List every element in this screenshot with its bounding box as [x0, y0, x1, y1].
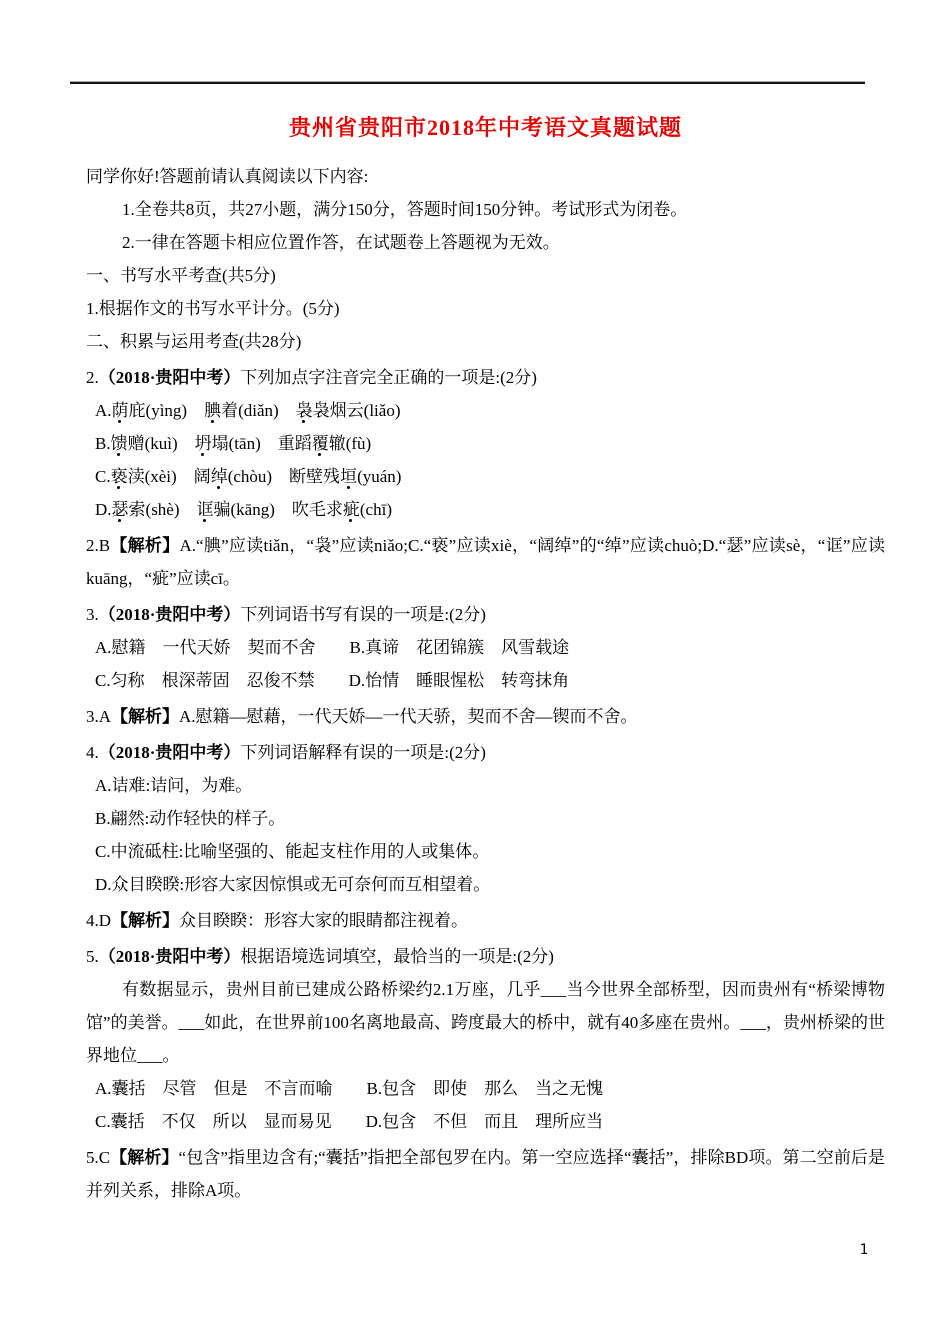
exam-source-tag: （2018·贵阳中考） — [99, 743, 241, 762]
emphasized-char: 袅 — [296, 401, 313, 420]
analysis-label: 【解析】 — [110, 1148, 178, 1167]
exam-source-tag: （2018·贵阳中考） — [99, 368, 241, 387]
answer-key: 3.A — [86, 707, 111, 726]
question-5-header: 5.（2018·贵阳中考）根据语境选词填空，最恰当的一项是:(2分) — [86, 940, 885, 973]
question-4-option-a: A.诘难:诘问，为难。 — [86, 769, 885, 802]
emphasized-char: 坍 — [195, 434, 212, 453]
analysis-label: 【解析】 — [111, 707, 179, 726]
answer-key: 2.B — [86, 536, 110, 555]
question-prompt: 根据语境选词填空，最恰当的一项是:(2分) — [240, 947, 554, 966]
question-4-option-b: B.翩然:动作轻快的样子。 — [86, 802, 885, 835]
answer-key: 4.D — [86, 911, 111, 930]
question-5-options-row-2: C.囊括 不仅 所以 显而易见 D.包含 不但 而且 理所应当 — [86, 1105, 885, 1138]
question-5-options-row-1: A.囊括 尽管 但是 不言而喻 B.包含 即使 那么 当之无愧 — [86, 1072, 885, 1105]
answer-3: 3.A【解析】A.慰籍—慰藉，一代天娇—一代天骄，契而不舍—锲而不舍。 — [86, 700, 885, 733]
question-5-passage: 有数据显示，贵州目前已建成公路桥梁约2.1万座，几乎___当今世界全部桥型，因而… — [86, 973, 885, 1072]
page-number: 1 — [860, 1242, 868, 1258]
question-prompt: 下列词语书写有误的一项是:(2分) — [240, 605, 486, 624]
question-number: 4. — [86, 743, 99, 762]
header-divider — [70, 81, 865, 84]
emphasized-char: 亵 — [111, 467, 128, 486]
emphasized-char: 疵 — [343, 500, 360, 519]
emphasized-char: 覆 — [312, 434, 329, 453]
question-4-header: 4.（2018·贵阳中考）下列词语解释有误的一项是:(2分) — [86, 736, 885, 769]
exam-page: 贵州省贵阳市2018年中考语文真题试题 同学你好!答题前请认真阅读以下内容: 1… — [0, 0, 950, 1344]
answer-4: 4.D【解析】众目睽睽：形容大家的眼睛都注视着。 — [86, 904, 885, 937]
question-3-options-row-1: A.慰籍 一代天娇 契而不舍 B.真谛 花团锦簇 风雪载途 — [86, 631, 885, 664]
question-3-header: 3.（2018·贵阳中考）下列词语书写有误的一项是:(2分) — [86, 598, 885, 631]
question-2-option-a: A.荫庇(yìng) 腆着(diǎn) 袅袅烟云(liǎo) — [86, 394, 885, 427]
answer-5: 5.C【解析】“包含”指里边含有;“囊括”指把全部包罗在内。第一空应选择“囊括”… — [86, 1141, 885, 1207]
emphasized-char: 馈 — [111, 434, 128, 453]
intro-greeting: 同学你好!答题前请认真阅读以下内容: — [86, 160, 885, 193]
question-number: 5. — [86, 947, 99, 966]
exam-source-tag: （2018·贵阳中考） — [99, 605, 241, 624]
question-4-option-d: D.众目睽睽:形容大家因惊惧或无可奈何而互相望着。 — [86, 868, 885, 901]
emphasized-char: 瑟 — [112, 500, 129, 519]
analysis-label: 【解析】 — [111, 911, 179, 930]
question-1: 1.根据作文的书写水平计分。(5分) — [86, 292, 885, 325]
question-prompt: 下列加点字注音完全正确的一项是:(2分) — [240, 368, 537, 387]
question-prompt: 下列词语解释有误的一项是:(2分) — [240, 743, 486, 762]
document-body: 贵州省贵阳市2018年中考语文真题试题 同学你好!答题前请认真阅读以下内容: 1… — [86, 107, 885, 1207]
question-2-option-d: D.瑟索(shè) 诓骗(kāng) 吹毛求疵(chī) — [86, 493, 885, 526]
intro-note-1: 1.全卷共8页，共27小题，满分150分，答题时间150分钟。考试形式为闭卷。 — [86, 193, 885, 226]
question-3-options-row-2: C.匀称 根深蒂固 忍俊不禁 D.怡情 睡眼惺松 转弯抹角 — [86, 664, 885, 697]
emphasized-char: 荫 — [112, 401, 129, 420]
analysis-text: A.“腆”应读tiǎn，“袅”应读niǎo;C.“亵”应读xiè，“阔绰”的“绰… — [86, 536, 885, 588]
section-1-heading: 一、书写水平考查(共5分) — [86, 259, 885, 292]
question-2-header: 2.（2018·贵阳中考）下列加点字注音完全正确的一项是:(2分) — [86, 361, 885, 394]
analysis-text: 众目睽睽：形容大家的眼睛都注视着。 — [179, 911, 468, 930]
question-number: 3. — [86, 605, 99, 624]
page-title: 贵州省贵阳市2018年中考语文真题试题 — [86, 107, 885, 149]
analysis-text: A.慰籍—慰藉，一代天娇—一代天骄，契而不舍—锲而不舍。 — [179, 707, 638, 726]
answer-2: 2.B【解析】A.“腆”应读tiǎn，“袅”应读niǎo;C.“亵”应读xiè，… — [86, 529, 885, 595]
intro-note-2: 2.一律在答题卡相应位置作答，在试题卷上答题视为无效。 — [86, 226, 885, 259]
emphasized-char: 腆 — [204, 401, 221, 420]
exam-source-tag: （2018·贵阳中考） — [99, 947, 241, 966]
question-number: 2. — [86, 368, 99, 387]
question-4-option-c: C.中流砥柱:比喻坚强的、能起支柱作用的人或集体。 — [86, 835, 885, 868]
analysis-text: “包含”指里边含有;“囊括”指把全部包罗在内。第一空应选择“囊括”，排除BD项。… — [86, 1148, 885, 1200]
analysis-label: 【解析】 — [110, 536, 179, 555]
question-2-option-c: C.亵渎(xèi) 阔绰(chòu) 断壁残垣(yuán) — [86, 460, 885, 493]
emphasized-char: 绰 — [211, 467, 228, 486]
section-2-heading: 二、积累与运用考查(共28分) — [86, 325, 885, 358]
question-2-option-b: B.馈赠(kuì) 坍塌(tān) 重蹈覆辙(fù) — [86, 427, 885, 460]
answer-key: 5.C — [86, 1148, 110, 1167]
emphasized-char: 垣 — [340, 467, 357, 486]
emphasized-char: 诓 — [197, 500, 214, 519]
